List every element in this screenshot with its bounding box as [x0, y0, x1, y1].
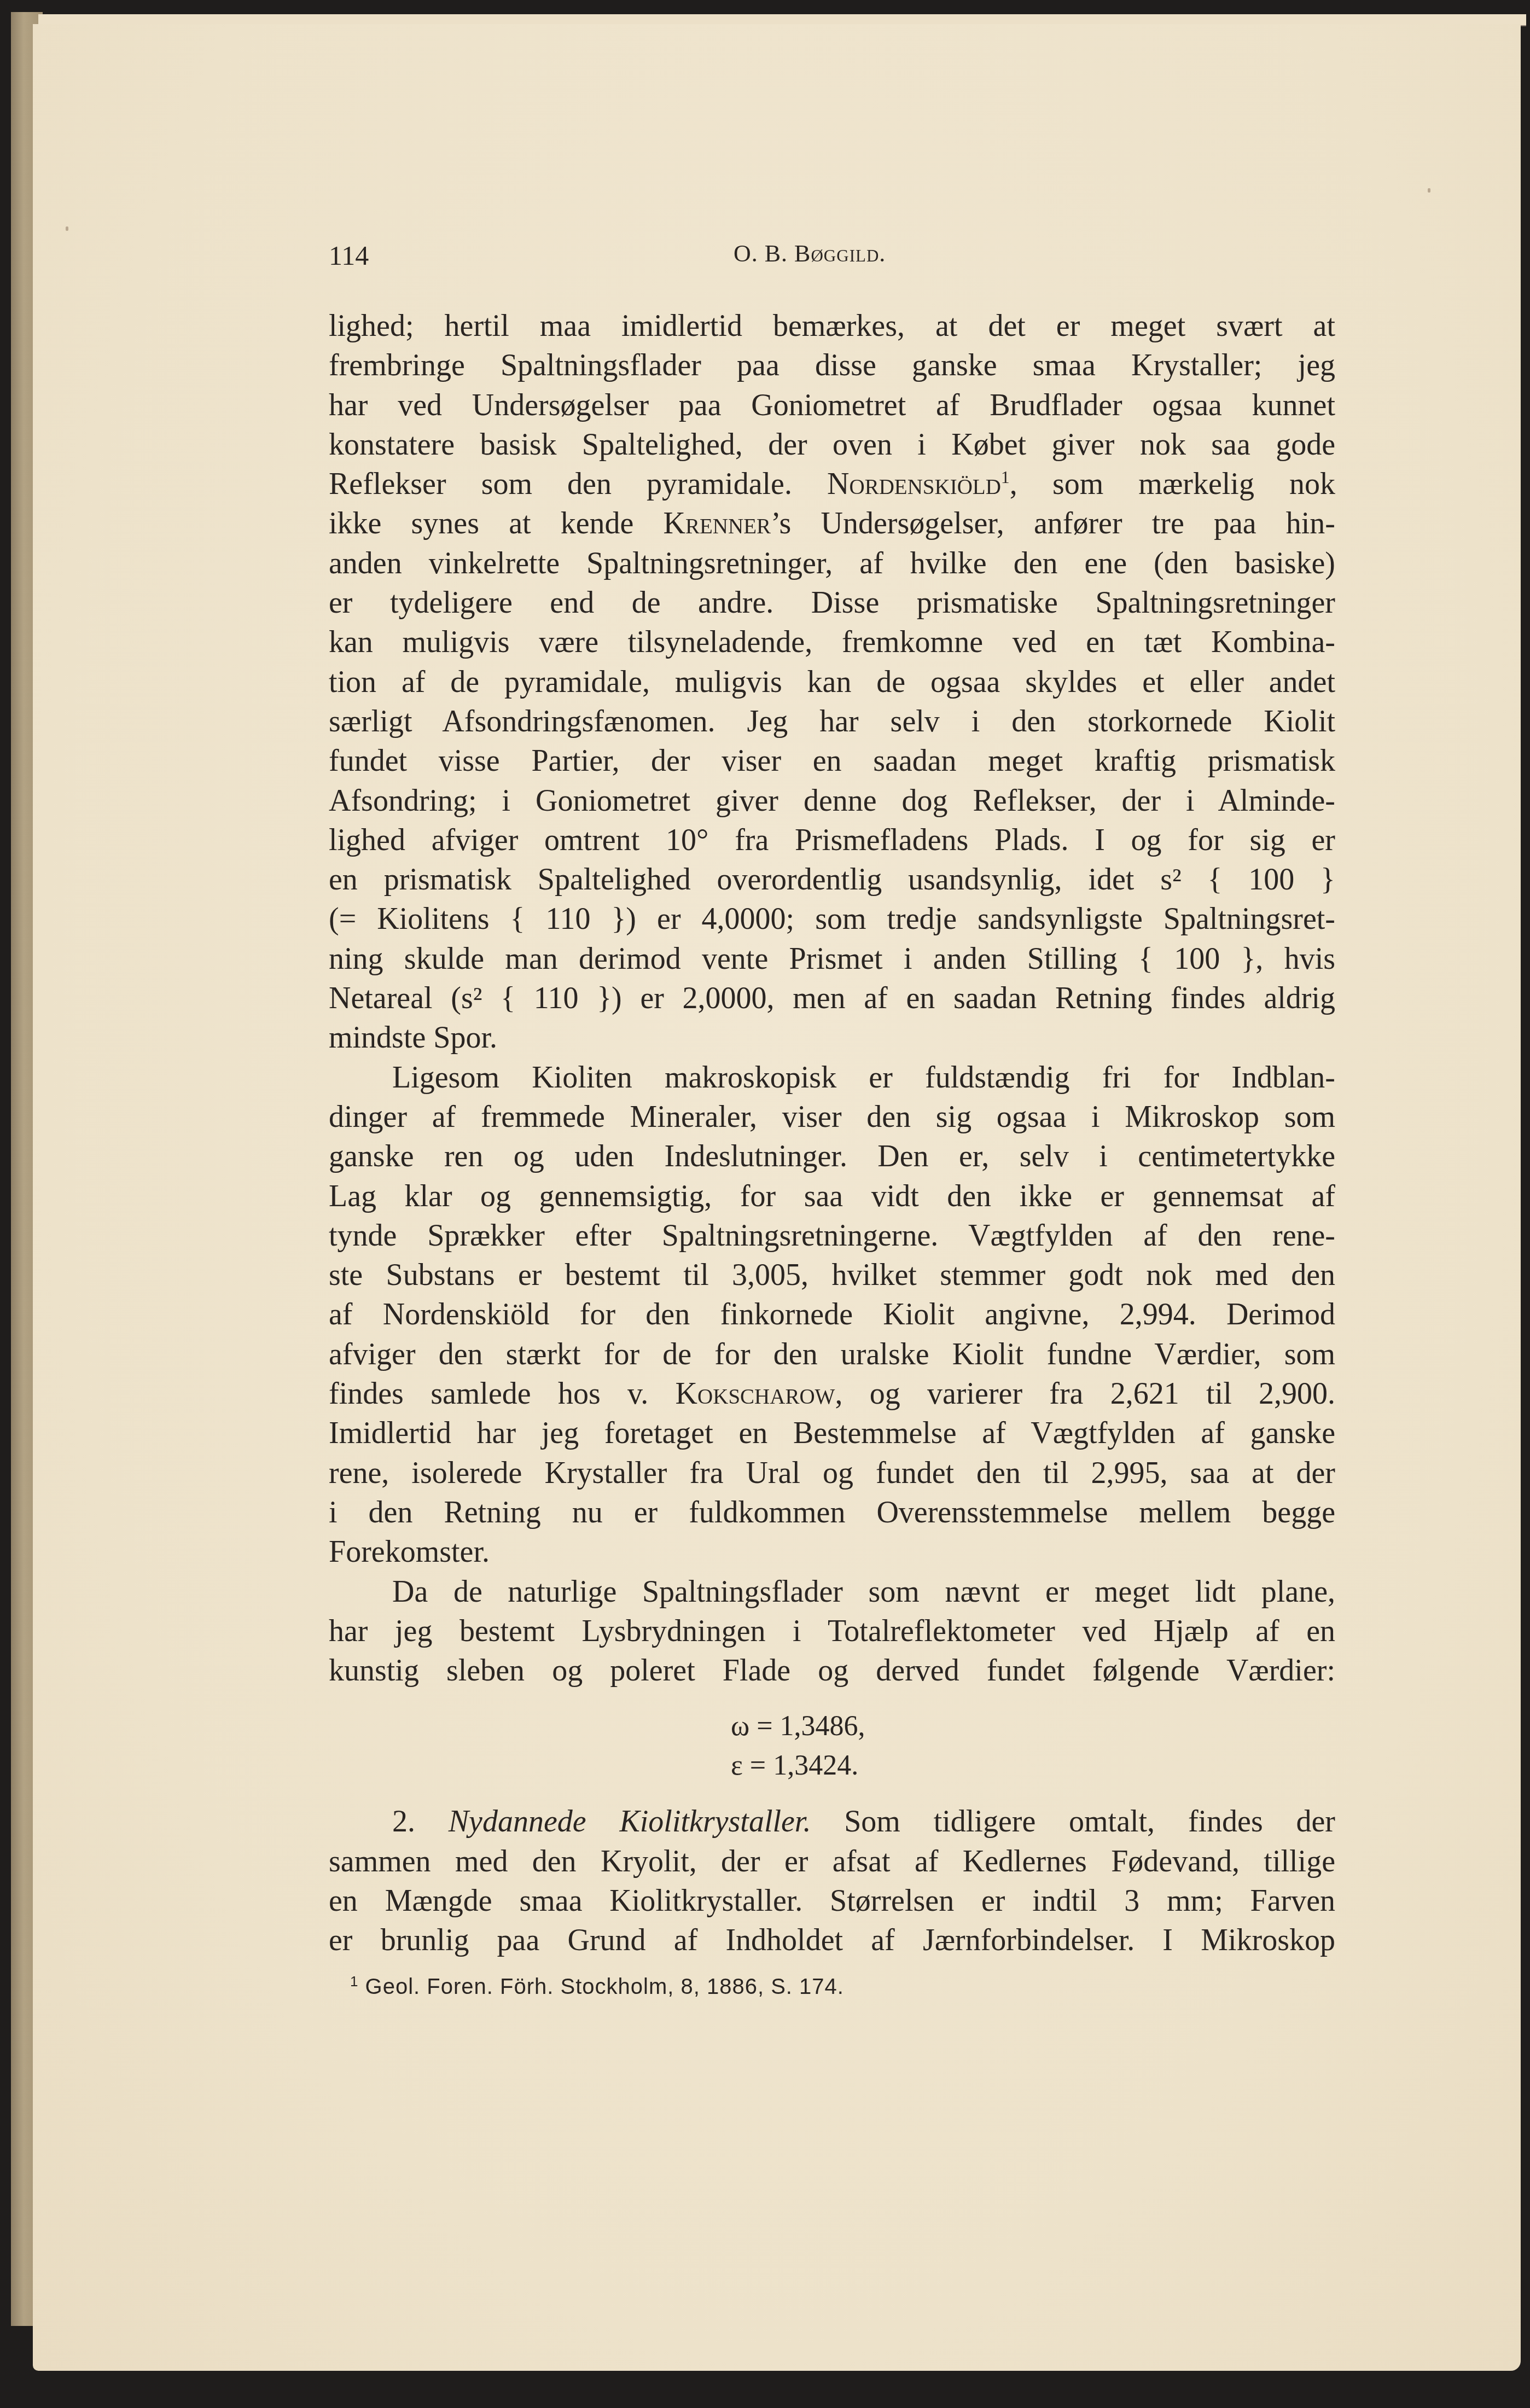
text-run: Reflekser som den pyramidale.: [329, 467, 827, 501]
text-line: (= Kiolitens { 110 }) er 4,0000; som tre…: [329, 899, 1335, 939]
paper-speck: [66, 226, 68, 231]
text-line: 2. Nydannede Kiolitkrystaller. Som tidli…: [329, 1802, 1335, 1841]
paragraph: lighed; hertil maa imidlertid bemærkes, …: [329, 306, 1335, 1058]
text-line: i den Retning nu er fuldkommen Overensst…: [329, 1493, 1335, 1532]
text-line: dinger af fremmede Mineraler, viser den …: [329, 1097, 1335, 1137]
author-name-smallcaps: Krenner: [664, 507, 771, 540]
text-line: mindste Spor.: [329, 1018, 1335, 1057]
text-line: Afsondring; i Goniometret giver denne do…: [329, 781, 1335, 821]
text-run: ikke synes at kende: [329, 507, 664, 540]
text-line: lighed; hertil maa imidlertid bemærkes, …: [329, 306, 1335, 346]
paper-speck: [1428, 188, 1430, 193]
text-line: har jeg bestemt Lysbrydningen i Totalref…: [329, 1612, 1335, 1651]
text-line: rene, isolerede Krystaller fra Ural og f…: [329, 1453, 1335, 1493]
running-head: O. B. Bøggild.: [734, 240, 886, 267]
formula-omega: ω = 1,3486,: [329, 1707, 1335, 1746]
page-number: 114: [329, 240, 369, 271]
text-line: ganske ren og uden Indeslutninger. Den e…: [329, 1137, 1335, 1176]
text-line: tynde Sprækker efter Spaltningsretninger…: [329, 1216, 1335, 1255]
text-line: Ligesom Kioliten makroskopisk er fuldstæ…: [329, 1058, 1335, 1097]
text-line: konstatere basisk Spaltelighed, der oven…: [329, 425, 1335, 464]
text-line: Reflekser som den pyramidale. Nordenskiö…: [329, 464, 1335, 504]
text-line: ning skulde man derimod vente Prismet i …: [329, 939, 1335, 979]
text-line: Netareal (s² { 110 }) er 2,0000, men af …: [329, 979, 1335, 1018]
text-line: er tydeligere end de andre. Disse prisma…: [329, 583, 1335, 623]
text-line: af Nordenskiöld for den finkornede Kioli…: [329, 1295, 1335, 1334]
text-line: en Mængde smaa Kiolitkrystaller. Størrel…: [329, 1881, 1335, 1921]
text-line: kunstig sleben og poleret Flade og derve…: [329, 1651, 1335, 1690]
page-header: 114 O. B. Bøggild.: [329, 219, 1335, 274]
paragraph: 2. Nydannede Kiolitkrystaller. Som tidli…: [329, 1802, 1335, 1960]
text-run: findes samlede hos v.: [329, 1377, 676, 1411]
footnote-text: Geol. Foren. Förh. Stockholm, 8, 1886, S…: [358, 1975, 843, 1999]
author-name-smallcaps: Nordenskiöld: [827, 467, 1001, 501]
text-line: anden vinkelrette Spaltningsretninger, a…: [329, 544, 1335, 583]
footnote-marker: 1: [350, 1973, 358, 1990]
text-line: findes samlede hos v. Kokscharow, og var…: [329, 1374, 1335, 1414]
formula-epsilon: ε = 1,3424.: [329, 1746, 1335, 1785]
text-line: lighed afviger omtrent 10° fra Prismefla…: [329, 821, 1335, 860]
section-number: 2.: [392, 1805, 449, 1839]
text-line: særligt Afsondringsfænomen. Jeg har selv…: [329, 702, 1335, 741]
text-run: Som tidligere omtalt, findes der: [811, 1805, 1335, 1839]
text-line: Forekomster.: [329, 1532, 1335, 1572]
paragraph: Ligesom Kioliten makroskopisk er fuldstæ…: [329, 1058, 1335, 1572]
text-line: en prismatisk Spaltelighed overordentlig…: [329, 860, 1335, 899]
spacer: [329, 1785, 1335, 1802]
text-line: Da de naturlige Spaltningsflader som næv…: [329, 1572, 1335, 1612]
text-line: har ved Undersøgelser paa Goniometret af…: [329, 386, 1335, 425]
text-line: tion af de pyramidale, muligvis kan de o…: [329, 662, 1335, 702]
text-line: er brunlig paa Grund af Indholdet af Jær…: [329, 1921, 1335, 1960]
text-line: kan muligvis være tilsyneladende, fremko…: [329, 623, 1335, 662]
text-line: fundet visse Partier, der viser en saada…: [329, 741, 1335, 781]
text-line: afviger den stærkt for de for den uralsk…: [329, 1335, 1335, 1374]
text-run: , som mærkelig nok: [1010, 467, 1335, 501]
text-line: Lag klar og gennemsigtig, for saa vidt d…: [329, 1177, 1335, 1216]
paragraph: Da de naturlige Spaltningsflader som næv…: [329, 1572, 1335, 1691]
section-title: Nydannede Kiolitkrystaller.: [449, 1805, 811, 1839]
text-line: Imidlertid har jeg foretaget en Bestemme…: [329, 1414, 1335, 1453]
body-text: lighed; hertil maa imidlertid bemærkes, …: [329, 306, 1335, 1961]
spacer: [329, 1690, 1335, 1707]
footnote-reference[interactable]: 1: [1001, 468, 1010, 487]
text-line: sammen med den Kryolit, der er afsat af …: [329, 1842, 1335, 1881]
author-name-smallcaps: Kokscharow: [676, 1377, 835, 1411]
text-run: , og varierer fra 2,621 til 2,900.: [835, 1377, 1335, 1411]
footnote: 1 Geol. Foren. Förh. Stockholm, 8, 1886,…: [350, 1975, 844, 1999]
text-run: ’s Undersøgelser, anfører tre paa hin-: [771, 507, 1335, 540]
text-line: frembringe Spaltningsflader paa disse ga…: [329, 346, 1335, 385]
text-line: ste Substans er bestemt til 3,005, hvilk…: [329, 1255, 1335, 1295]
text-line: ikke synes at kende Krenner’s Undersøgel…: [329, 504, 1335, 543]
